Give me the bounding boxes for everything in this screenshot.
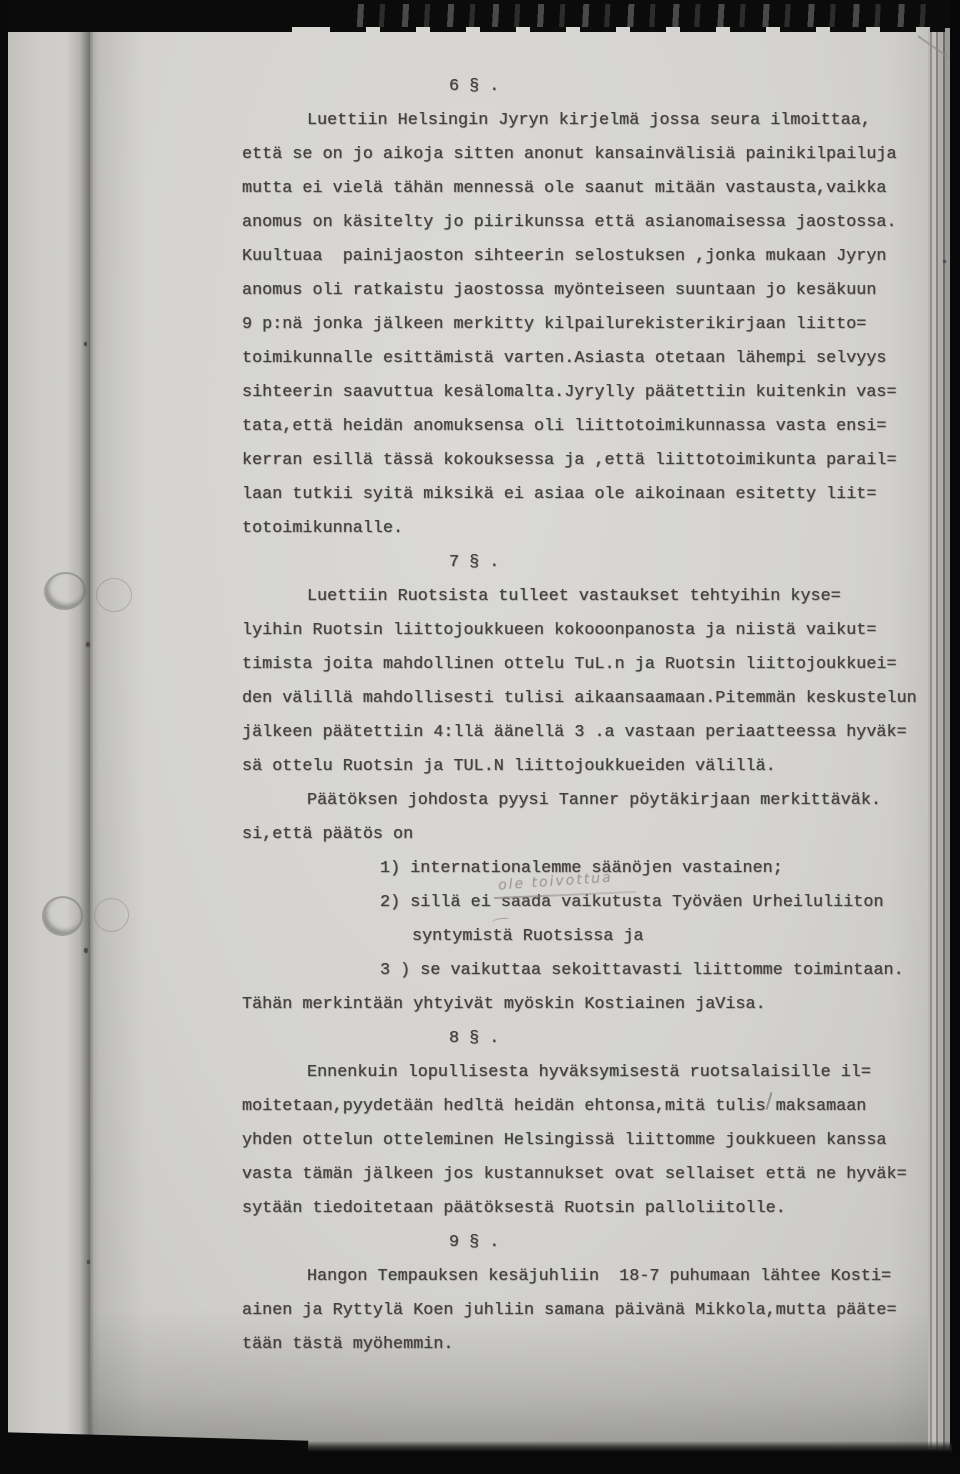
text-line: Päätöksen johdosta pyysi Tanner pöytäkir… [242,784,942,818]
section-heading: 6 § . [242,70,942,104]
paper-speck [943,260,946,263]
scan-border-top-step [0,27,292,32]
text-line: ainen ja Ryttylä Koen juhliin samana päi… [242,1294,942,1328]
text-line: Tähän merkintään yhtyivät myöskin Kostia… [242,988,942,1022]
scan-border-bottom [0,1452,960,1474]
text-line: sihteerin saavuttua kesälomalta.Jyrylly … [242,376,942,410]
text-line: tata,että heidän anomuksensa oli liittot… [242,410,942,444]
text-line: 3 ) se vaikuttaa sekoittavasti liittomme… [242,954,942,988]
text-line: moitetaan,pyydetään hedltä heidän ehtons… [242,1090,942,1124]
text-line: Ennenkuin lopullisesta hyväksymisestä ru… [242,1056,942,1090]
paper-speck [86,642,90,647]
text-line: laan tutkii syitä miksikä ei asiaa ole a… [242,478,942,512]
typewritten-text: 6 § .Luettiin Helsingin Jyryn kirjelmä j… [242,70,942,1370]
scan-border-right [950,0,960,1474]
binding-crease [80,26,100,1450]
text-line: toimikunnalle esittämistä varten.Asiasta… [242,342,942,376]
scan-border-ragged-edge [330,27,945,32]
text-line: totoimikunnalle. [242,512,942,546]
text-line: lyihin Ruotsin liittojoukkueen kokooonpa… [242,614,942,648]
text-line: si,että päätös on [242,818,942,852]
punch-hole-mark [96,578,132,612]
text-line: syntymistä Ruotsissa ja [242,920,942,954]
scanned-document-photo: 6 § .Luettiin Helsingin Jyryn kirjelmä j… [0,0,960,1474]
punch-hole-mark [94,898,129,932]
section-heading: 8 § . [242,1022,942,1056]
paper-speck [84,342,87,346]
text-line: 9 p:nä jonka jälkeen merkitty kilpailure… [242,308,942,342]
text-line: anomus oli ratkaistu jaostossa myönteise… [242,274,942,308]
text-line: sä ottelu Ruotsin ja TUL.N liittojoukkue… [242,750,942,784]
text-line: 2) sillä ei saada vaikutusta Työväen Urh… [242,886,942,920]
text-line: jälkeen päätettiin 4:llä äänellä 3 .a va… [242,716,942,750]
text-line: vasta tämän jälkeen jos kustannukset ova… [242,1158,942,1192]
scan-border-left [0,0,8,1474]
paper-speck [84,948,88,953]
page-corner-fold [918,30,948,64]
text-line: tään tästä myöhemmin. [242,1328,942,1362]
text-line: kerran esillä tässä kokouksessa ja ,että… [242,444,942,478]
text-line: timista joita mahdollinen ottelu TuL.n j… [242,648,942,682]
text-line: Kuultuaa painijaoston sihteerin selostuk… [242,240,942,274]
text-line: sytään tiedoitetaan päätöksestä Ruotsin … [242,1192,942,1226]
text-line: Luettiin Helsingin Jyryn kirjelmä jossa … [242,104,942,138]
paper-speck [87,1260,90,1264]
scan-border-texture [340,4,935,27]
text-line: mutta ei vielä tähän mennessä ole saanut… [242,172,942,206]
text-line: Hangon Tempauksen kesäjuhliin 18-7 puhum… [242,1260,942,1294]
section-heading: 7 § . [242,546,942,580]
text-line: anomus on käsitelty jo piirikunssa että … [242,206,942,240]
text-line: Luettiin Ruotsista tulleet vastaukset te… [242,580,942,614]
text-line: den välillä mahdollisesti tulisi aikaans… [242,682,942,716]
text-line: että se on jo aikoja sitten anonut kansa… [242,138,942,172]
text-line: yhden ottelun otteleminen Helsingissä li… [242,1124,942,1158]
section-heading: 9 § . [242,1226,942,1260]
